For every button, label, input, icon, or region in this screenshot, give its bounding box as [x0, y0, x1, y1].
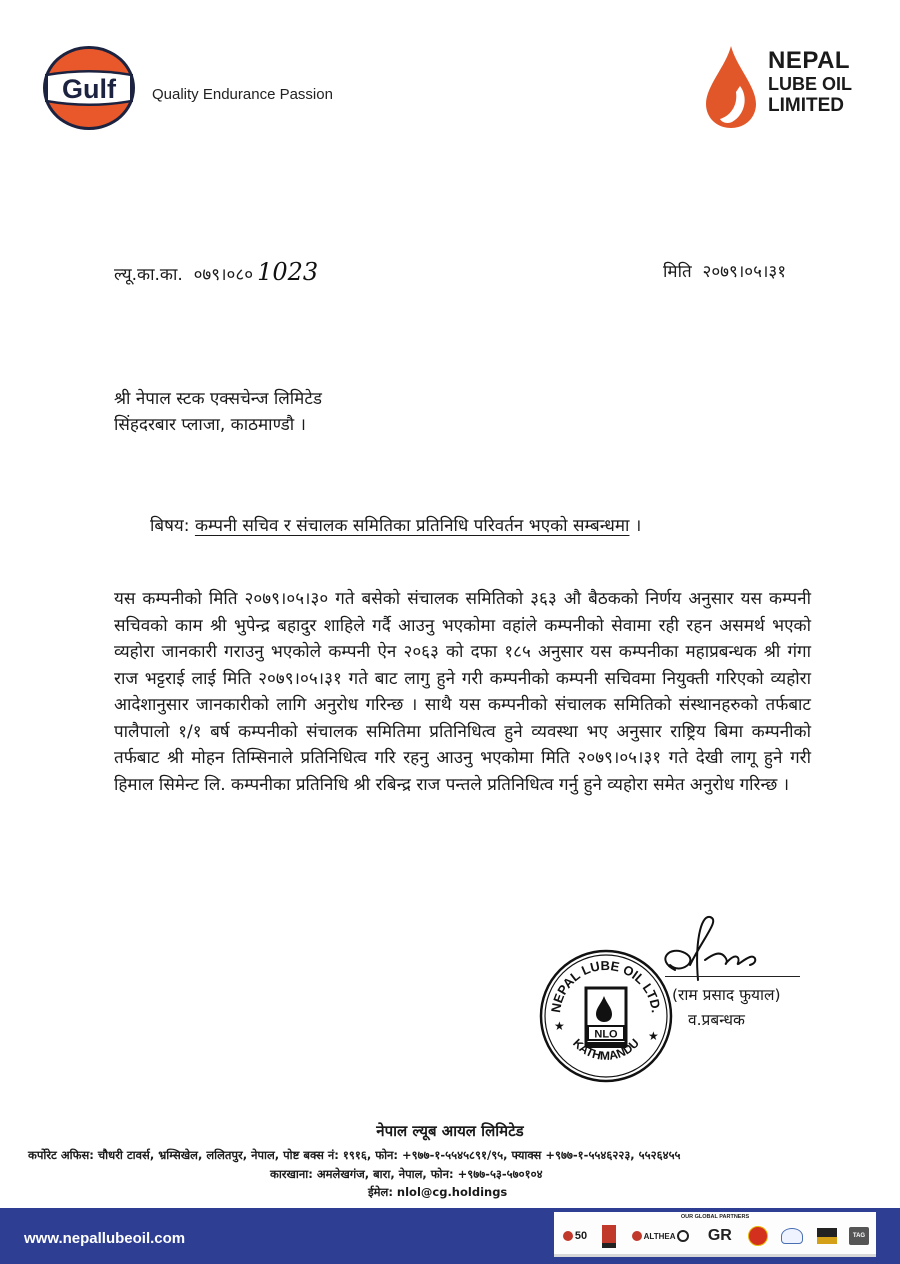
footer-email[interactable]: ईमेल: nlol@cg.holdings	[368, 1185, 507, 1200]
website-link[interactable]: www.nepallubeoil.com	[24, 1230, 185, 1247]
signatory-title: व.प्रबन्धक	[688, 1008, 745, 1030]
footer-factory: कारखाना: अमलेखगंज, बारा, नेपाल, फोन: +९७…	[270, 1167, 543, 1182]
subject-label: बिषय:	[150, 516, 190, 536]
partners-title: OUR GLOBAL PARTNERS	[554, 1214, 876, 1220]
subject-line: बिषय: कम्पनी सचिव र संचालक समितिका प्रति…	[150, 513, 641, 536]
subject-end: ।	[635, 516, 641, 536]
tagline: Quality Endurance Passion	[152, 86, 333, 103]
partner-logo-gulf-racing	[600, 1226, 618, 1246]
handwritten-signature	[650, 915, 780, 985]
gulf-logo: Gulf	[40, 44, 138, 132]
svg-text:NLO: NLO	[594, 1029, 618, 1041]
date-value: २०७९।०५।३१	[702, 262, 786, 282]
footer-corporate-office: कर्पोरेट अफिस: चौधरी टावर्स, भ्रम्सिखेल,…	[28, 1148, 681, 1163]
partner-logo-tag-heuer: TAG	[848, 1226, 870, 1246]
footer-company-name: नेपाल ल्यूब आयल लिमिटेड	[0, 1121, 900, 1141]
date-label: मिति	[663, 262, 692, 282]
oil-drop-logo-icon	[702, 44, 760, 130]
partner-logo-althea: ALTHEA	[629, 1226, 693, 1246]
handwritten-reference: 1023	[257, 258, 318, 286]
letter-body: यस कम्पनीको मिति २०७९।०५।३० गते बसेको सं…	[114, 586, 811, 798]
recipient-line-2: सिंहदरबार प्लाजा, काठमाण्डौ ।	[114, 412, 322, 438]
reference-label: ल्यू.का.का.	[114, 265, 183, 285]
partner-logo-csk	[779, 1226, 805, 1246]
signatory-name: (राम प्रसाद फुयाल)	[672, 983, 781, 1005]
global-partners-strip: OUR GLOBAL PARTNERS 50 ALTHEA GR TAG	[554, 1212, 876, 1257]
svg-text:★: ★	[554, 1019, 565, 1033]
letter-date: मिति २०७९।०५।३१	[663, 259, 786, 282]
partner-logo-gulf-50: 50	[560, 1226, 590, 1246]
company-logo-text: NEPAL LUBE OIL LIMITED	[768, 48, 852, 116]
signature-line	[665, 976, 800, 977]
partner-logo-manchester-united	[747, 1226, 769, 1246]
recipient-address: श्री नेपाल स्टक एक्सचेन्ज लिमिटेड सिंहदर…	[114, 386, 322, 438]
partner-logo-racing	[816, 1226, 838, 1246]
subject-text: कम्पनी सचिव र संचालक समितिका प्रतिनिधि प…	[195, 516, 630, 536]
reference-fiscal-year: ०७९।०८०	[194, 265, 253, 285]
svg-text:★: ★	[648, 1029, 659, 1043]
reference-number: ल्यू.का.का. ०७९।०८०1023	[114, 258, 318, 286]
partner-logo-gr: GR	[703, 1226, 737, 1246]
svg-text:Gulf: Gulf	[62, 74, 117, 104]
recipient-line-1: श्री नेपाल स्टक एक्सचेन्ज लिमिटेड	[114, 386, 322, 412]
